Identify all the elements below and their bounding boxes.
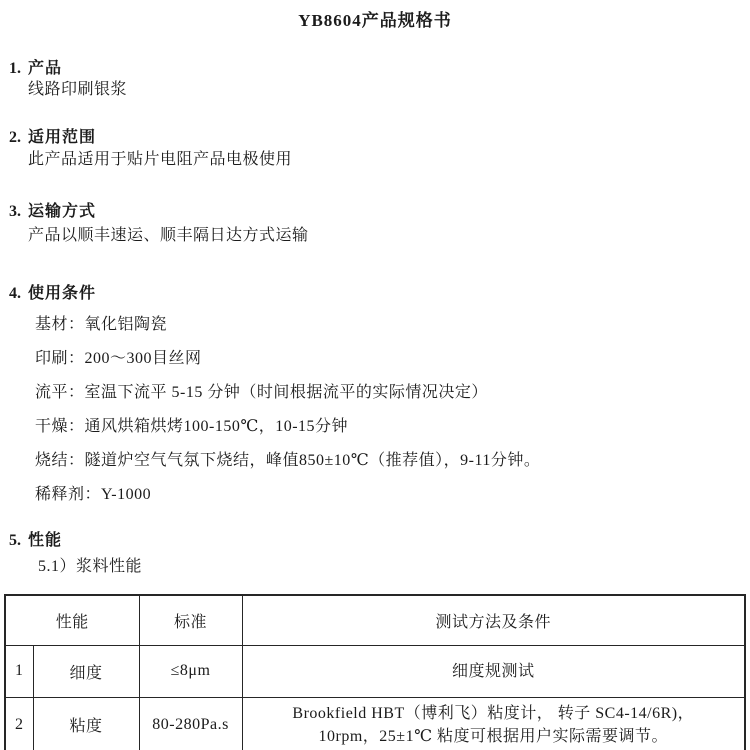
section-1-body: 线路印刷银浆 [28,81,750,99]
section-title: 适用范围 [28,128,96,147]
cell-method: Brookfield HBT（博利飞）粘度计， 转子 SC4-14/6R)， 1… [242,697,745,750]
section-1-heading: 1. 产品 [0,59,750,78]
section-number: 2. [9,128,28,147]
table-row: 1 细度 ≤8μm 细度规测试 [5,645,745,697]
section-3-heading: 3. 运输方式 [0,202,750,221]
section-number: 1. [9,59,28,78]
column-header-method: 测试方法及条件 [242,595,745,645]
section-5-heading: 5. 性能 [0,531,750,550]
section-title: 性能 [28,531,62,550]
column-header-standard: 标准 [139,595,242,645]
usage-condition-substrate: 基材：氧化铝陶瓷 [35,316,750,334]
usage-condition-sintering: 烧结：隧道炉空气气氛下烧结，峰值850±10℃（推荐值），9-11分钟。 [35,452,750,470]
document-page: YB8604产品规格书 1. 产品 线路印刷银浆 2. 适用范围 此产品适用于贴… [0,0,750,750]
table-row: 2 粘度 80-280Pa.s Brookfield HBT（博利飞）粘度计， … [5,697,745,750]
section-title: 使用条件 [28,284,96,303]
section-2-heading: 2. 适用范围 [0,128,750,147]
section-number: 4. [9,284,28,303]
paste-performance-table: 性能 标准 测试方法及条件 1 细度 ≤8μm 细度规测试 2 粘度 80-28… [4,594,746,750]
section-number: 5. [9,531,28,550]
section-5-subheading: 5.1）浆料性能 [38,558,750,576]
cell-performance: 细度 [33,645,139,697]
cell-row-number: 2 [5,697,33,750]
usage-condition-leveling: 流平：室温下流平 5-15 分钟（时间根据流平的实际情况决定） [35,384,750,402]
section-3-body: 产品以顺丰速运、顺丰隔日达方式运输 [28,227,750,245]
usage-condition-printing: 印刷：200～300目丝网 [35,350,750,368]
cell-method: 细度规测试 [242,645,745,697]
cell-performance: 粘度 [33,697,139,750]
column-header-performance: 性能 [5,595,139,645]
section-number: 3. [9,202,28,221]
cell-standard: ≤8μm [139,645,242,697]
usage-condition-drying: 干燥：通风烘箱烘烤100-150℃，10-15分钟 [35,418,750,436]
section-title: 运输方式 [28,202,96,221]
table-header-row: 性能 标准 测试方法及条件 [5,595,745,645]
section-4-heading: 4. 使用条件 [0,284,750,303]
document-title: YB8604产品规格书 [0,0,750,31]
section-2-body: 此产品适用于贴片电阻产品电极使用 [28,151,750,169]
usage-condition-thinner: 稀释剂：Y-1000 [35,486,750,504]
section-title: 产品 [28,59,62,78]
cell-standard: 80-280Pa.s [139,697,242,750]
cell-row-number: 1 [5,645,33,697]
